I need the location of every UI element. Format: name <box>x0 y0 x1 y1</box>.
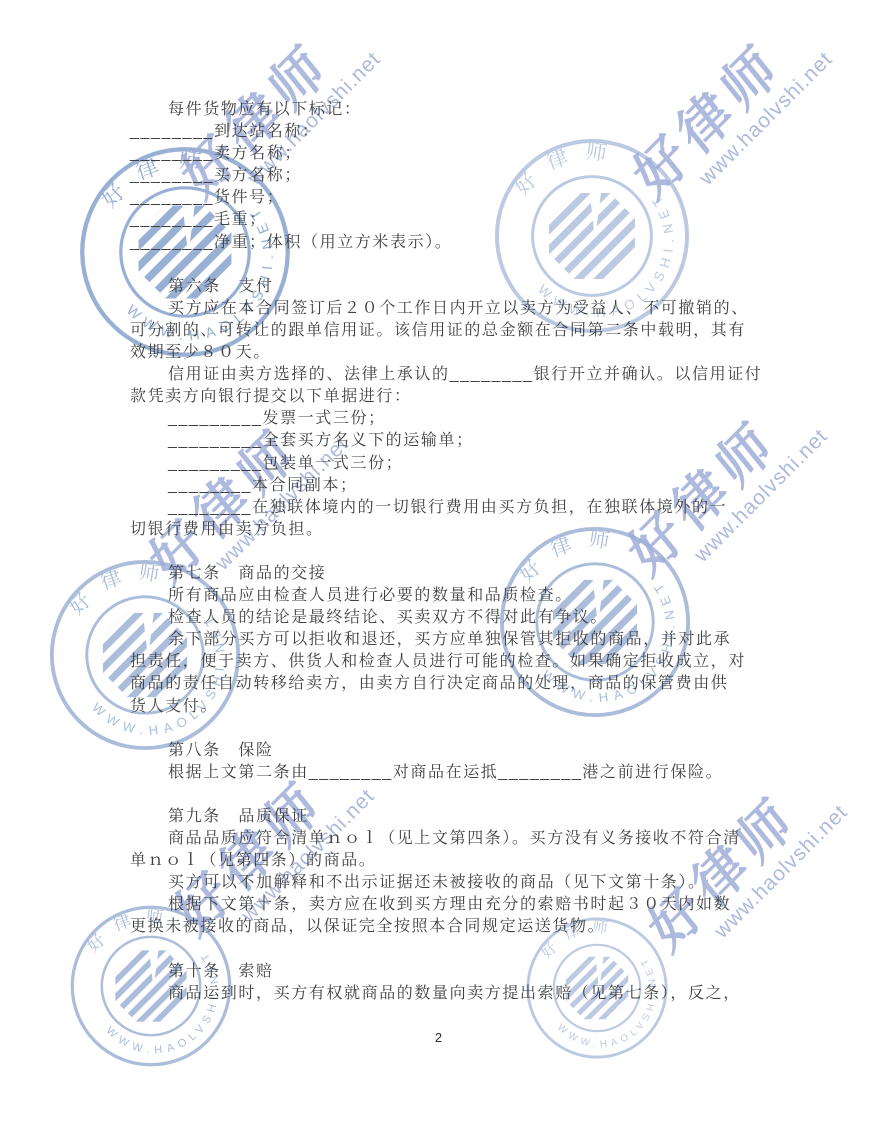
text-line: ________毛重； <box>130 209 750 231</box>
text-line: 买方可以不加解释和不出示证据还未被接收的商品（见下文第十条）。 <box>130 872 750 894</box>
text-line: 第七条 商品的交接 <box>130 563 750 585</box>
page-number: 2 <box>0 1030 877 1045</box>
text-line: 商品运到时，买方有权就商品的数量向卖方提出索赔（见第七条），反之， <box>130 983 750 1005</box>
document-page: WWW.HAOLVSHI.NET好律师WWW.HAOLVSHI.NET好律师WW… <box>0 0 877 1124</box>
text-line: 商品品质应符合清单ｎｏｌ（见上文第四条）。买方没有义务接收不符合清 <box>130 828 750 850</box>
text-line: _________全套买方名义下的运输单； <box>130 430 750 452</box>
text-line: 效期至少８０天。 <box>130 342 750 364</box>
text-line: ________卖方名称； <box>130 143 750 165</box>
text-line: 第十条 索赔 <box>130 961 750 983</box>
text-line: ________买方名称； <box>130 165 750 187</box>
text-line: 信用证由卖方选择的、法律上承认的________银行开立并确认。以信用证付 <box>130 364 750 386</box>
text-line: 款凭卖方向银行提交以下单据进行： <box>130 386 750 408</box>
text-line: 第九条 品质保证 <box>130 806 750 828</box>
text-line: ________到达站名称： <box>130 121 750 143</box>
text-line: 检查人员的结论是最终结论、买卖双方不得对此有争议。 <box>130 607 750 629</box>
text-line: _________发票一式三份； <box>130 408 750 430</box>
text-line: ________本合同副本； <box>130 475 750 497</box>
text-line: 根据下文第十条，卖方应在收到买方理由充分的索赔书时起３０天内如数 <box>130 894 750 916</box>
text-line: 根据上文第二条由________对商品在运抵________港之前进行保险。 <box>130 762 750 784</box>
text-line: _________包装单一式三份； <box>130 453 750 475</box>
text-line: 每件货物应有以下标记： <box>130 99 750 121</box>
text-line: 切银行费用由卖方负担。 <box>130 519 750 541</box>
text-line: 货人支付。 <box>130 696 750 718</box>
text-line: 余下部分买方可以拒收和退还，买方应单独保管其拒收的商品，并对此承 <box>130 629 750 651</box>
text-line: 担责任，便于卖方、供货人和检查人员进行可能的检查。如果确定拒收成立，对 <box>130 651 750 673</box>
text-line: 商品的责任自动转移给卖方，由卖方自行决定商品的处理，商品的保管费由供 <box>130 673 750 695</box>
text-line: 第八条 保险 <box>130 740 750 762</box>
text-line: 所有商品应由检查人员进行必要的数量和品质检查。 <box>130 585 750 607</box>
text-line: 可分割的、可转让的跟单信用证。该信用证的总金额在合同第二条中载明，其有 <box>130 320 750 342</box>
text-line: 买方应在本合同签订后２０个工作日内开立以卖方为受益人、不可撤销的、 <box>130 298 750 320</box>
text-line: ________净重；体积（用立方米表示）。 <box>130 232 750 254</box>
text-line: 更换未被接收的商品，以保证完全按照本合同规定运送货物。 <box>130 916 750 938</box>
text-line: 单ｎｏｌ（见第四条）的商品。 <box>130 850 750 872</box>
text-line: 第六条 支付 <box>130 276 750 298</box>
text-line: ________货件号； <box>130 187 750 209</box>
contract-body: 每件货物应有以下标记：________到达站名称：________卖方名称；__… <box>130 99 750 1005</box>
text-line: ________在独联体境内的一切银行费用由买方负担，在独联体境外的一 <box>130 497 750 519</box>
